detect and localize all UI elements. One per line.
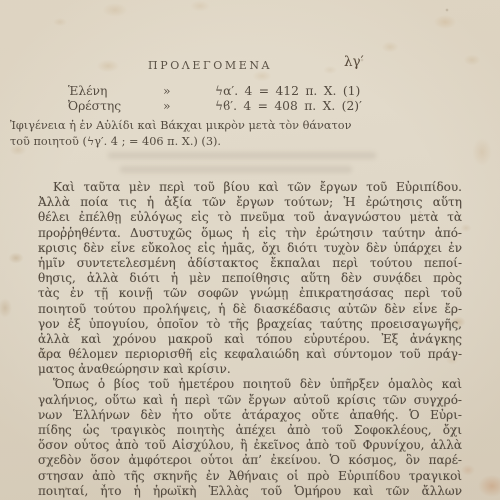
body-line: ὅσον οὗτος ἀπὸ τοῦ Αἰσχύλου, ἢ ἐκεῖνος ἀ… [38, 438, 462, 453]
note-line: Ἰφιγένεια ἡ ἐν Αὐλίδι καὶ Βάκχαι μικρὸν … [10, 118, 410, 134]
running-head-title: ΠΡΟΛΕΓΟΜΕΝΑ [148, 59, 272, 72]
body-line: Ἀλλὰ ποία τις ἡ ἀξία τῶν ἔργων τούτων; Ἡ… [38, 195, 462, 210]
body-line: κρισις δὲν εἶνε εὔκολος εἰς ἡμᾶς, ὄχι δι… [38, 241, 462, 256]
body-line: ἀλλὰ καὶ χρόνου μακροῦ καὶ τόπου εὐρυτέρ… [38, 332, 462, 347]
note-line: τοῦ ποιητοῦ (ϟγ′. 4 ; = 406 π. Χ.) (3). [10, 134, 410, 150]
chronology-note: Ἰφιγένεια ἡ ἐν Αὐλίδι καὶ Βάκχαι μικρὸν … [10, 118, 410, 149]
body-line: ποιηταί, ἦτο ἡ ἡρωϊκὴ Ἑλλὰς τοῦ Ὁμήρου κ… [38, 484, 462, 499]
body-line: θησις, ἀλλὰ διότι ἡ μὲν πεποίθησις αὕτη … [38, 271, 462, 286]
body-line: θέλει ἐπέλθῃ εὐλόγως εἰς τὸ πνεῦμα τοῦ ἀ… [38, 210, 462, 225]
body-line: προῤῥηθέντα. Δυστυχῶς ὅμως ἡ εἰς τὴν ἐρώ… [38, 226, 462, 241]
body-line: Καὶ ταῦτα μὲν περὶ τοῦ βίου καὶ τῶν ἔργω… [38, 180, 462, 195]
body-line: ἡμῖν συντετελεσμένη ἀδίστακτος ἔκπαλαι π… [38, 256, 462, 271]
ditto-mark: » [163, 84, 215, 99]
ditto-mark: » [163, 99, 215, 114]
show-through-smudge [120, 166, 352, 173]
chronology-row: Ἑλένη»ϟα′. 4 = 412 π. Χ. (1) [68, 84, 462, 99]
body-line: στησαν ἀπὸ τῆς σκηνῆς ἐν Ἀθήναις οἱ πρὸ … [38, 469, 462, 484]
chronology-row: Ὀρέστης»ϟϐ′. 4 = 408 π. Χ. (2)′ [68, 99, 462, 114]
body-line: ἄρα θέλομεν περιορισθῆ εἰς κεφαλαιώδη κα… [38, 347, 462, 362]
body-line: πίδης ὡς τραγικὸς ποιητὴς ἀπέχει ἀπὸ τοῦ… [38, 423, 462, 438]
show-through-smudge [108, 152, 376, 159]
body-line: τὰς ἐν τῇ κοινῇ τῶν σοφῶν γνώμῃ ἐπικρατη… [38, 286, 462, 301]
body-line: ποιητοῦ τούτου προλήψεις, ἡ δὲ διασκέδασ… [38, 302, 462, 317]
play-date: ϟϐ′. 4 = 408 π. Χ. (2)′ [215, 99, 362, 114]
chronology-list: Ἑλένη»ϟα′. 4 = 412 π. Χ. (1) Ὀρέστης»ϟϐ′… [68, 84, 462, 113]
body-line: γαλήνιος, οὕτω καὶ ἡ περὶ τῶν ἔργων αὐτο… [38, 393, 462, 408]
play-title: Ἑλένη [68, 84, 163, 99]
body-line: σχεδὸν ὅσον ἀμφότεροι οὗτοι ἀπ’ ἐκείνου.… [38, 453, 462, 468]
play-title: Ὀρέστης [68, 99, 163, 114]
book-page: ΠΡΟΛΕΓΟΜΕΝΑ λγ′ Ἑλένη»ϟα′. 4 = 412 π. Χ.… [0, 0, 500, 500]
page-number: λγ′ [344, 54, 364, 70]
play-date: ϟα′. 4 = 412 π. Χ. (1) [215, 84, 360, 99]
body-line: γον ἐξ ὑπογυίου, ὁποῖον τὸ τῆς βραχείας … [38, 317, 462, 332]
body-text: Καὶ ταῦτα μὲν περὶ τοῦ βίου καὶ τῶν ἔργω… [38, 180, 462, 499]
body-line: νων Ἑλλήνων δὲν ἦτο οὔτε ἀτάραχος οὔτε ἀ… [38, 408, 462, 423]
body-line: Ὅπως ὁ βίος τοῦ ἡμετέρου ποιητοῦ δὲν ὑπῆ… [38, 377, 462, 392]
body-line: ματος ἀναθεώρησιν καὶ κρίσιν. [38, 362, 462, 377]
